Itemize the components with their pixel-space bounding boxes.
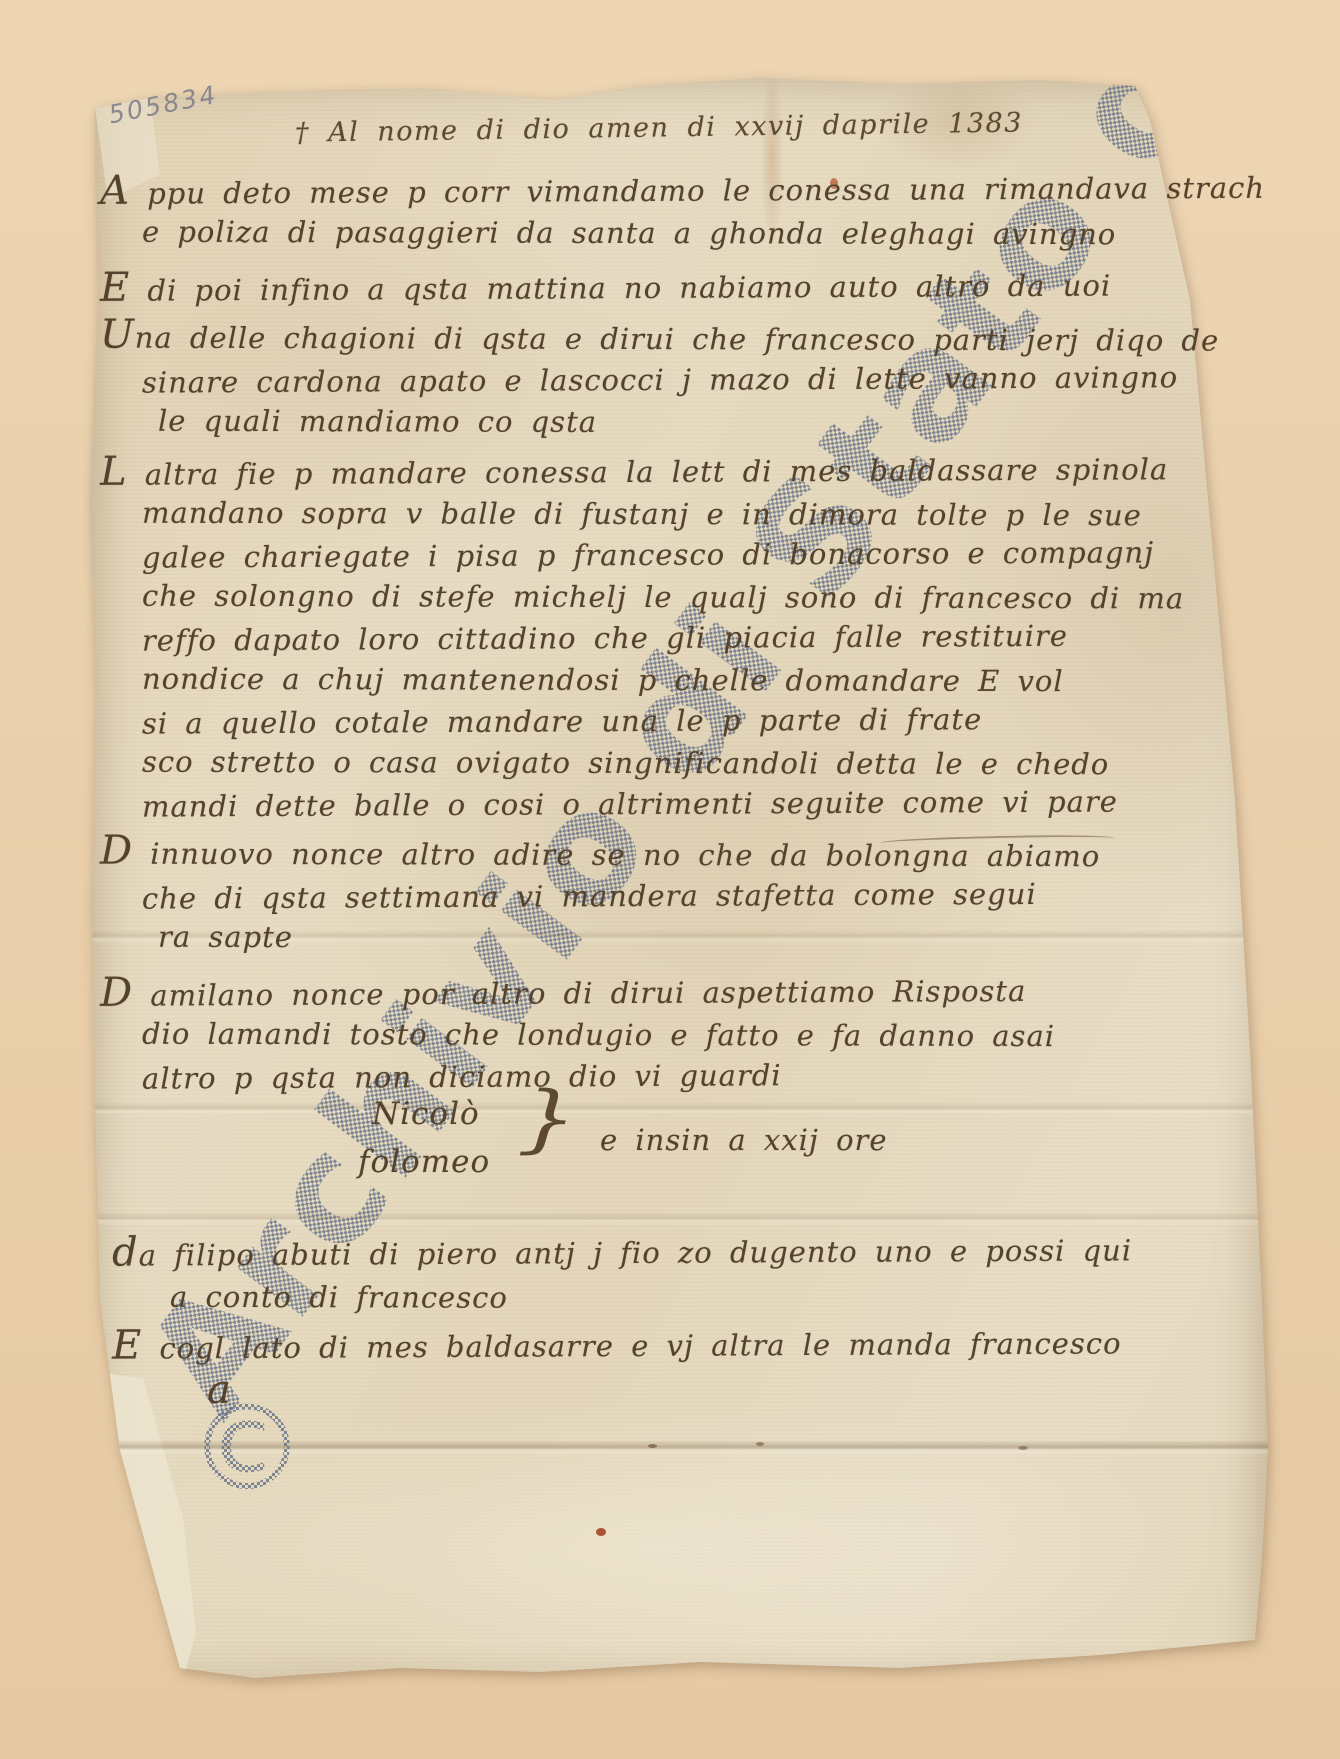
signature-brace: } <box>517 1081 579 1157</box>
manuscript-line: dio lamandi tosto che londugio e fatto e… <box>100 1013 1175 1057</box>
manuscript-line: ra sapte <box>100 916 1175 960</box>
manuscript-line: reffo dapato loro cittadino che gli piac… <box>100 615 1175 662</box>
manuscript-line: A ppu deto mese p corr vimandamo le cone… <box>100 165 1175 215</box>
manuscript-line: mandano sopra v balle di fustanj e in di… <box>100 492 1175 536</box>
manuscript-line: che di qsta settimana vi mandera stafett… <box>100 873 1175 920</box>
stain <box>596 1528 606 1536</box>
manuscript-line: sinare cardona apato e lascocci j mazo d… <box>100 357 1175 404</box>
manuscript-line: E di poi infino a qsta mattina no nabiam… <box>100 262 1175 312</box>
manuscript-line: E cogl lato di mes baldasarre e vj altra… <box>112 1318 1132 1371</box>
manuscript-line: a conto di francesco <box>112 1275 1132 1323</box>
manuscript-line: che solongno di stefe michelj le qualj s… <box>100 575 1175 619</box>
manuscript-line: le quali mandiamo co qsta <box>100 400 1175 444</box>
manuscript-line: si a quello cotale mandare una le p part… <box>100 698 1175 745</box>
manuscript-line: Una delle chagioni di qsta e dirui che f… <box>100 314 1175 361</box>
scanned-document-page: Archivio di Stato di Prato © 505834 † Al… <box>0 0 1340 1759</box>
manuscript-line: da filipo abuti di piero antj j fio zo d… <box>112 1225 1132 1278</box>
manuscript-line: e poliza di pasaggieri da santa a ghonda… <box>100 211 1175 255</box>
manuscript-line: nondice a chuj mantenendosi p chelle dom… <box>100 658 1175 702</box>
signature-name-1: Nicolò <box>372 1094 480 1136</box>
manuscript-line: galee chariegate i pisa p francesco di b… <box>100 532 1175 579</box>
manuscript-line: D amilano nonce por altro di dirui aspet… <box>100 967 1175 1017</box>
manuscript-line: sco stretto o casa ovigato singnificando… <box>100 741 1175 785</box>
stain <box>1018 1446 1028 1450</box>
manuscript-line: mandi dette balle o cosi o altrimenti se… <box>100 781 1175 828</box>
manuscript-line: a <box>112 1368 1132 1416</box>
letter-body: A ppu deto mese p corr vimandamo le cone… <box>100 168 1175 1098</box>
manuscript-line: L altra fie p mandare conessa la lett di… <box>100 446 1175 496</box>
signature-note: e insin a xxij ore <box>600 1120 888 1162</box>
stain <box>756 1442 764 1446</box>
signature-name-2: folomeo <box>358 1142 490 1184</box>
fold-crease <box>88 1102 1268 1116</box>
letter-postscript: da filipo abuti di piero antj j fio zo d… <box>112 1228 1132 1414</box>
stain <box>648 1444 657 1448</box>
manuscript-line: altro p qsta non diciamo dio vi guardi <box>100 1053 1175 1100</box>
